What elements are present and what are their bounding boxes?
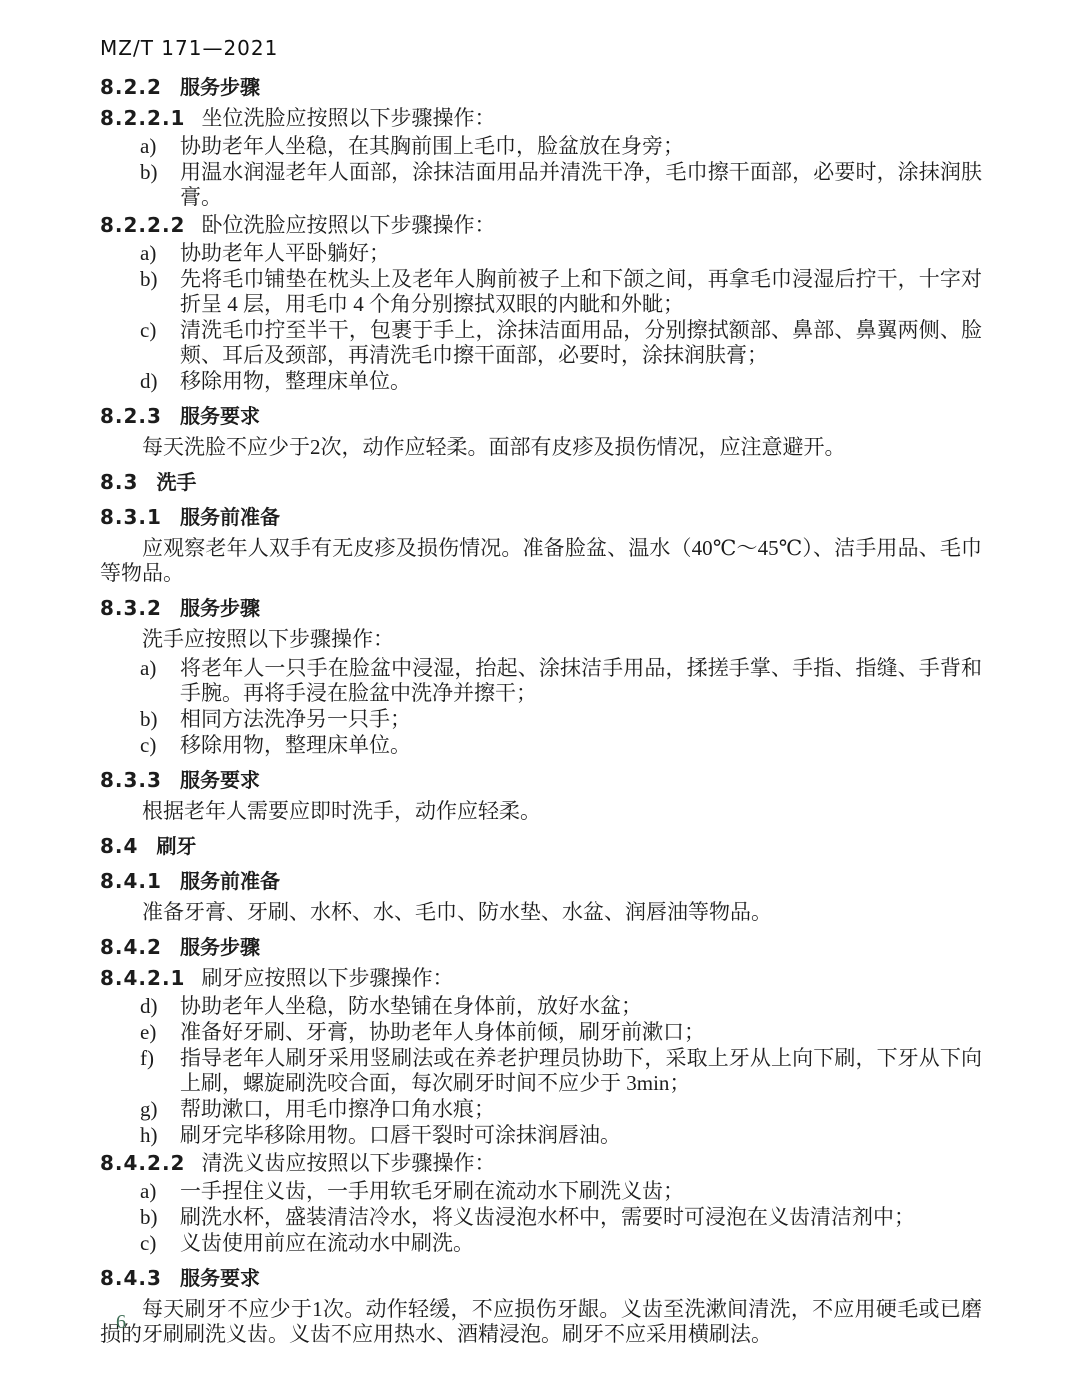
list-item: a) 协助老年人平卧躺好； [100, 241, 982, 266]
clause-line: 8.4.2.1刷牙应按照以下步骤操作： [100, 966, 982, 991]
list-item-marker: d) [140, 994, 180, 1019]
list-item-text: 准备好牙刷、牙膏，协助老年人身体前倾，刷牙前漱口； [180, 1020, 982, 1045]
list-item-text: 指导老年人刷牙采用竖刷法或在养老护理员协助下，采取上牙从上向下刷，下牙从下向上刷… [180, 1046, 982, 1096]
section-title: 刷牙 [156, 834, 196, 858]
page-number: 6 [116, 1310, 126, 1335]
paragraph: 应观察老年人双手有无皮疹及损伤情况。准备脸盆、温水（40℃～45℃）、洁手用品、… [100, 536, 982, 586]
list-item-marker: c) [140, 733, 180, 758]
list-item-marker: b) [140, 267, 180, 317]
list-item-marker: h) [140, 1123, 180, 1148]
clause-text: 清洗义齿应按照以下步骤操作： [201, 1151, 495, 1175]
list-item-text: 刷洗水杯，盛装清洁冷水，将义齿浸泡水杯中，需要时可浸泡在义齿清洁剂中； [180, 1205, 982, 1230]
list-item-marker: b) [140, 1205, 180, 1230]
clause-text: 坐位洗脸应按照以下步骤操作： [201, 106, 495, 130]
list-item-marker: e) [140, 1020, 180, 1045]
list-item-text: 协助老年人坐稳，防水垫铺在身体前，放好水盆； [180, 994, 982, 1019]
list-item: a) 将老年人一只手在脸盆中浸湿，抬起、涂抹洁手用品，揉搓手掌、手指、指缝、手背… [100, 656, 982, 706]
list-item: g) 帮助漱口，用毛巾擦净口角水痕； [100, 1097, 982, 1122]
list-item: e) 准备好牙刷、牙膏，协助老年人身体前倾，刷牙前漱口； [100, 1020, 982, 1045]
section-heading: 8.2.2服务步骤 [100, 75, 982, 100]
section-number: 8.4.3 [100, 1266, 162, 1290]
section-heading: 8.3洗手 [100, 470, 982, 495]
section-heading: 8.3.2服务步骤 [100, 596, 982, 621]
list-item-text: 协助老年人坐稳，在其胸前围上毛巾，脸盆放在身旁； [180, 134, 982, 159]
list-item-text: 帮助漱口，用毛巾擦净口角水痕； [180, 1097, 982, 1122]
section-title: 服务要求 [180, 1266, 260, 1290]
document-page: MZ/T 171—2021 8.2.2服务步骤 8.2.2.1坐位洗脸应按照以下… [0, 0, 1080, 1374]
section-heading: 8.2.3服务要求 [100, 404, 982, 429]
standard-number-header: MZ/T 171—2021 [100, 36, 982, 61]
section-number: 8.4.2 [100, 935, 162, 959]
list-item: a) 协助老年人坐稳，在其胸前围上毛巾，脸盆放在身旁； [100, 134, 982, 159]
clause-line: 8.2.2.2卧位洗脸应按照以下步骤操作： [100, 213, 982, 238]
section-number: 8.3.2 [100, 596, 162, 620]
list-item-text: 一手捏住义齿，一手用软毛牙刷在流动水下刷洗义齿； [180, 1179, 982, 1204]
clause-number: 8.4.2.2 [100, 1151, 185, 1175]
section-heading: 8.3.3服务要求 [100, 768, 982, 793]
clause-text: 卧位洗脸应按照以下步骤操作： [201, 213, 495, 237]
section-title: 服务步骤 [180, 935, 260, 959]
clause-number: 8.2.2.1 [100, 106, 185, 130]
list-item-marker: b) [140, 707, 180, 732]
list-item-marker: a) [140, 134, 180, 159]
list-item: f) 指导老年人刷牙采用竖刷法或在养老护理员协助下，采取上牙从上向下刷，下牙从下… [100, 1046, 982, 1096]
document-body: 8.2.2服务步骤 8.2.2.1坐位洗脸应按照以下步骤操作： a) 协助老年人… [100, 75, 982, 1347]
section-heading: 8.4.3服务要求 [100, 1266, 982, 1291]
section-title: 服务前准备 [180, 505, 280, 529]
list-item: a) 一手捏住义齿，一手用软毛牙刷在流动水下刷洗义齿； [100, 1179, 982, 1204]
list-item: c) 移除用物，整理床单位。 [100, 733, 982, 758]
list-item-marker: a) [140, 1179, 180, 1204]
list-item-marker: g) [140, 1097, 180, 1122]
list-item-marker: f) [140, 1046, 180, 1096]
list-item-text: 协助老年人平卧躺好； [180, 241, 982, 266]
section-number: 8.3 [100, 470, 138, 494]
list-item-marker: b) [140, 160, 180, 210]
list-item-text: 将老年人一只手在脸盆中浸湿，抬起、涂抹洁手用品，揉搓手掌、手指、指缝、手背和手腕… [180, 656, 982, 706]
list-item-text: 用温水润湿老年人面部，涂抹洁面用品并清洗干净，毛巾擦干面部，必要时，涂抹润肤膏。 [180, 160, 982, 210]
list-item-marker: a) [140, 241, 180, 266]
paragraph: 洗手应按照以下步骤操作： [100, 627, 982, 652]
list-item-marker: a) [140, 656, 180, 706]
list-item-text: 移除用物，整理床单位。 [180, 733, 982, 758]
section-title: 服务步骤 [180, 596, 260, 620]
list-item: h) 刷牙完毕移除用物。口唇干裂时可涂抹润唇油。 [100, 1123, 982, 1148]
section-title: 服务要求 [180, 768, 260, 792]
section-heading: 8.4刷牙 [100, 834, 982, 859]
section-title: 服务要求 [180, 404, 260, 428]
clause-line: 8.2.2.1坐位洗脸应按照以下步骤操作： [100, 106, 982, 131]
clause-number: 8.2.2.2 [100, 213, 185, 237]
list-item: d) 移除用物，整理床单位。 [100, 369, 982, 394]
list-item-text: 先将毛巾铺垫在枕头上及老年人胸前被子上和下颌之间，再拿毛巾浸湿后拧干，十字对折呈… [180, 267, 982, 317]
list-item: c) 清洗毛巾拧至半干，包裹于手上，涂抹洁面用品，分别擦拭额部、鼻部、鼻翼两侧、… [100, 318, 982, 368]
list-item-text: 移除用物，整理床单位。 [180, 369, 982, 394]
section-number: 8.2.3 [100, 404, 162, 428]
section-number: 8.3.3 [100, 768, 162, 792]
clause-text: 刷牙应按照以下步骤操作： [201, 966, 453, 990]
section-title: 服务前准备 [180, 869, 280, 893]
section-heading: 8.4.1服务前准备 [100, 869, 982, 894]
paragraph: 准备牙膏、牙刷、水杯、水、毛巾、防水垫、水盆、润唇油等物品。 [100, 900, 982, 925]
list-item-marker: c) [140, 318, 180, 368]
list-item-text: 刷牙完毕移除用物。口唇干裂时可涂抹润唇油。 [180, 1123, 982, 1148]
list-item: d) 协助老年人坐稳，防水垫铺在身体前，放好水盆； [100, 994, 982, 1019]
section-title: 服务步骤 [180, 75, 260, 99]
list-item-marker: d) [140, 369, 180, 394]
list-item: c) 义齿使用前应在流动水中刷洗。 [100, 1231, 982, 1256]
list-item: b) 相同方法洗净另一只手； [100, 707, 982, 732]
section-heading: 8.4.2服务步骤 [100, 935, 982, 960]
list-item: b) 刷洗水杯，盛装清洁冷水，将义齿浸泡水杯中，需要时可浸泡在义齿清洁剂中； [100, 1205, 982, 1230]
clause-number: 8.4.2.1 [100, 966, 185, 990]
section-heading: 8.3.1服务前准备 [100, 505, 982, 530]
paragraph: 根据老年人需要应即时洗手，动作应轻柔。 [100, 799, 982, 824]
section-number: 8.2.2 [100, 75, 162, 99]
section-number: 8.4 [100, 834, 138, 858]
section-number: 8.3.1 [100, 505, 162, 529]
list-item-marker: c) [140, 1231, 180, 1256]
clause-line: 8.4.2.2清洗义齿应按照以下步骤操作： [100, 1151, 982, 1176]
list-item: b) 先将毛巾铺垫在枕头上及老年人胸前被子上和下颌之间，再拿毛巾浸湿后拧干，十字… [100, 267, 982, 317]
list-item-text: 相同方法洗净另一只手； [180, 707, 982, 732]
section-title: 洗手 [156, 470, 196, 494]
paragraph: 每天刷牙不应少于1次。动作轻缓，不应损伤牙龈。义齿至洗漱间清洗，不应用硬毛或已磨… [100, 1297, 982, 1347]
paragraph: 每天洗脸不应少于2次，动作应轻柔。面部有皮疹及损伤情况，应注意避开。 [100, 435, 982, 460]
section-number: 8.4.1 [100, 869, 162, 893]
list-item-text: 清洗毛巾拧至半干，包裹于手上，涂抹洁面用品，分别擦拭额部、鼻部、鼻翼两侧、脸颊、… [180, 318, 982, 368]
list-item: b) 用温水润湿老年人面部，涂抹洁面用品并清洗干净，毛巾擦干面部，必要时，涂抹润… [100, 160, 982, 210]
list-item-text: 义齿使用前应在流动水中刷洗。 [180, 1231, 982, 1256]
